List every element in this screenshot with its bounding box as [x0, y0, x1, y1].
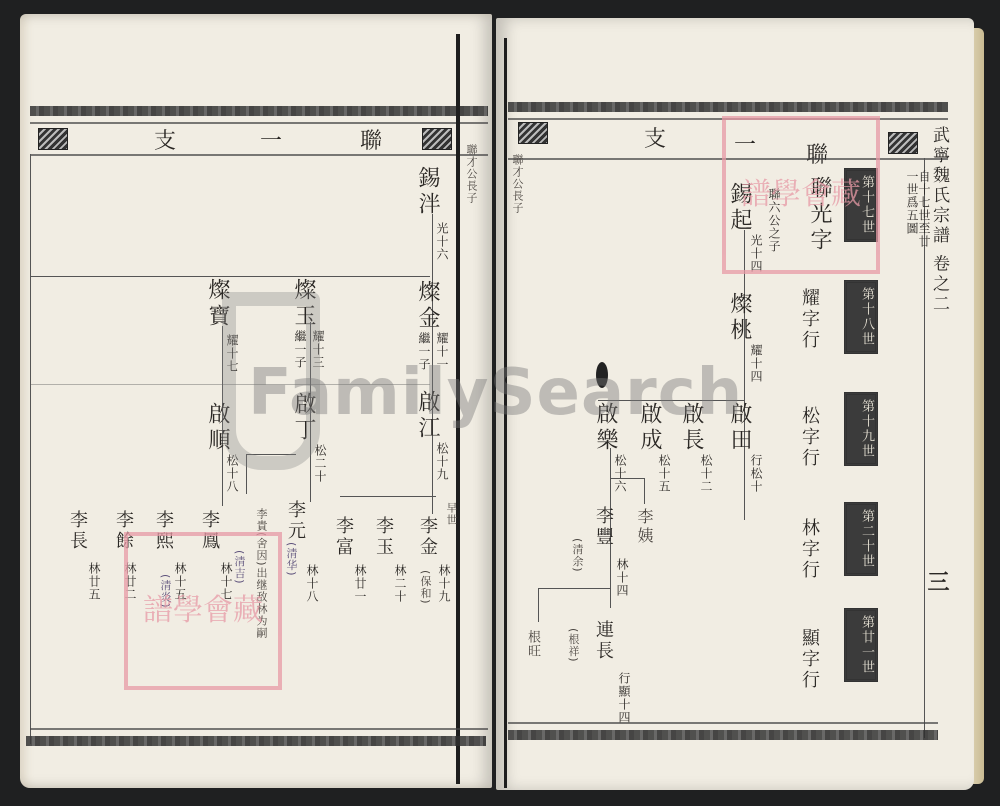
- person-lichang: 李長: [68, 510, 86, 552]
- person-qichang-note: 松十二: [700, 454, 712, 493]
- person-lifeng2-annotation: (清余): [572, 538, 583, 573]
- ornament-left-icon: [38, 128, 68, 150]
- person-liyuan-annotation: (清华): [286, 542, 297, 577]
- person-qijiang-note: 松十九: [436, 442, 448, 481]
- person-lianchang-note: 行顯十四: [618, 672, 630, 724]
- side-note: 聯才公長子: [512, 154, 523, 214]
- library-seal-stamp: 譜學會藏: [722, 116, 880, 274]
- generation-20-char: 林字行: [800, 518, 818, 581]
- header-top-rule: [30, 122, 488, 124]
- footer-top-rule: [30, 728, 488, 730]
- bottom-border-rule: [26, 736, 486, 746]
- generation-21-char: 顯字行: [800, 628, 818, 691]
- person-lianchang-annotation: (根祥): [568, 628, 579, 663]
- person-lijin: 李金: [418, 516, 436, 558]
- header-char-yi: 一: [260, 124, 282, 155]
- person-qitian-note: 行松十: [750, 454, 762, 493]
- person-canjin: 燦金: [416, 280, 438, 332]
- person-cantao-note: 耀十四: [750, 344, 762, 383]
- person-cantao: 燦桃: [728, 292, 750, 344]
- generation-19-box: 第十九世: [844, 392, 878, 466]
- bottom-border-rule: [508, 730, 938, 740]
- person-lijin-annotation: (保和): [420, 570, 431, 605]
- side-note: 聯才公長子: [466, 144, 477, 204]
- generation-21-box: 第廿一世: [844, 608, 878, 682]
- page-number: 三: [926, 570, 948, 596]
- sibling-bracket: [538, 588, 610, 589]
- person-lianchang: 連長: [594, 620, 612, 662]
- familysearch-watermark: FamilySearch: [248, 356, 743, 430]
- library-seal-stamp: 譜學會藏: [124, 532, 282, 690]
- person-lijin-note: 林十九: [438, 564, 450, 603]
- header-char-lian: 聯: [360, 124, 382, 155]
- person-liyuan-note: 林十八: [306, 564, 318, 603]
- book-title: 武寧魏氏宗譜 卷之二: [930, 126, 947, 314]
- person-qile-note: 松十六: [614, 454, 626, 493]
- generation-18-box: 第十八世: [844, 280, 878, 354]
- header-char-zhi: 支: [644, 122, 666, 153]
- person-qicheng-note: 松十五: [658, 454, 670, 493]
- row-divider-1: [30, 276, 430, 277]
- early-death-note: 早世: [446, 502, 457, 526]
- top-border-rule: [508, 102, 948, 112]
- person-lifu: 李富: [334, 516, 352, 558]
- lineage-line: [644, 478, 645, 504]
- person-lifeng2: 李豐: [594, 506, 612, 548]
- sibling-bracket: [610, 478, 644, 479]
- ornament-right-icon: [422, 128, 452, 150]
- person-qiding-note: 松二十: [314, 444, 326, 483]
- person-liyi: 李姨: [636, 508, 652, 546]
- top-border-rule: [30, 106, 488, 116]
- person-genwang: 根旺: [526, 630, 539, 658]
- person-liyuan: 李元: [286, 500, 304, 542]
- person-liyu: 李玉: [374, 516, 392, 558]
- header-char-zhi: 支: [154, 124, 176, 155]
- person-lichang-note: 林廿五: [88, 562, 100, 601]
- person-liyu-note: 林二十: [394, 564, 406, 603]
- range-note: 自十七世至廿一世爲五圖: [906, 170, 930, 250]
- generation-20-box: 第二十世: [844, 502, 878, 576]
- person-xipan-note: 光十六: [436, 222, 448, 261]
- header-bottom-rule: [30, 154, 488, 156]
- ornament-left-icon: [518, 122, 548, 144]
- footer-top-rule: [508, 722, 938, 724]
- ornament-right-icon: [888, 132, 918, 154]
- generation-18-char: 耀字行: [800, 288, 818, 351]
- left-frame-line: [30, 154, 31, 744]
- person-lifu-note: 林廿一: [354, 564, 366, 603]
- person-xipan: 錫泮: [416, 166, 438, 218]
- person-lifeng2-note: 林十四: [616, 558, 628, 597]
- generation-19-char: 松字行: [800, 406, 818, 469]
- lineage-line: [538, 588, 539, 622]
- sibling-bracket: [340, 496, 436, 497]
